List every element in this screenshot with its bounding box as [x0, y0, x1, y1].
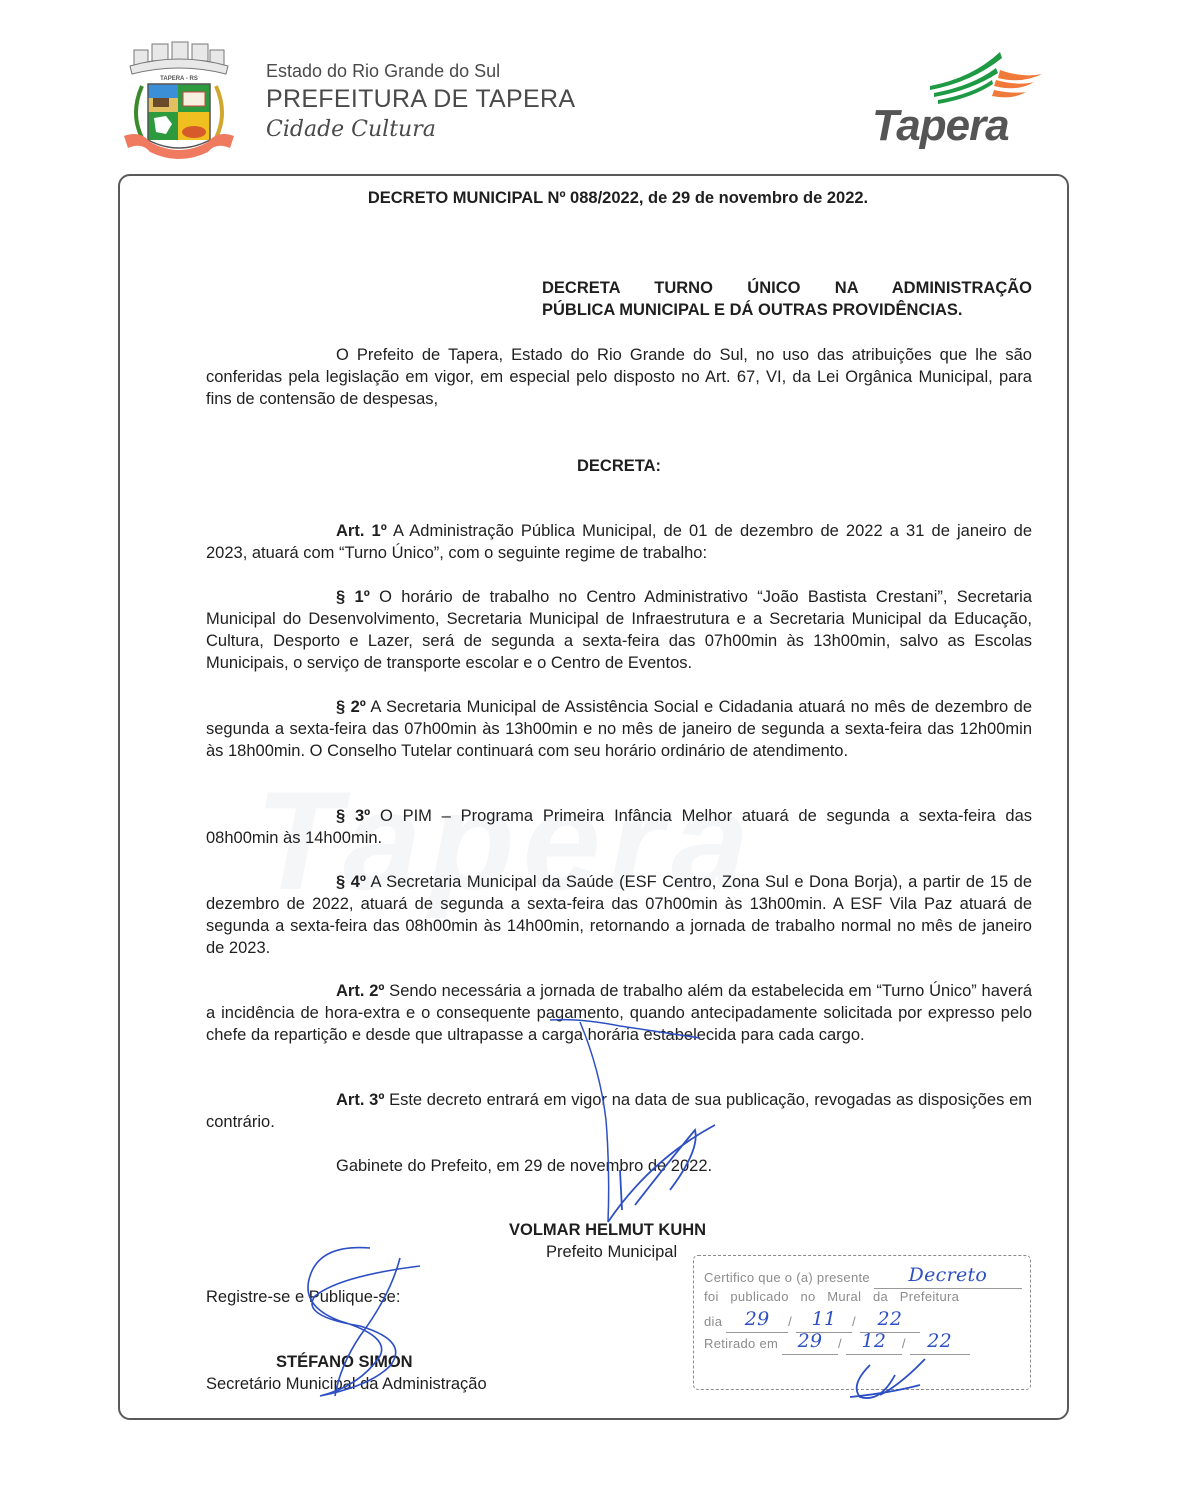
decreta-heading: DECRETA:	[206, 455, 1032, 477]
publication-stamp: Certifico que o (a) presente Decreto foi…	[693, 1255, 1031, 1390]
letterhead: TAPERA - RS Estado do Rio Grande do Sul …	[0, 0, 1188, 170]
register-publish: Registre-se e Publique-se:	[206, 1286, 400, 1308]
decree-title: DECRETO MUNICIPAL Nº 088/2022, de 29 de …	[118, 189, 1118, 208]
letterhead-text: Estado do Rio Grande do Sul PREFEITURA D…	[266, 60, 575, 144]
removed-day: 29	[798, 1330, 823, 1352]
prefecture-name: PREFEITURA DE TAPERA	[266, 84, 575, 114]
article-2-text: Sendo necessária a jornada de trabalho a…	[206, 982, 1032, 1044]
article-3-label: Art. 3º	[336, 1091, 384, 1109]
mayor-name: VOLMAR HELMUT KUHN	[509, 1219, 706, 1241]
secretary-name: STÉFANO SIMON	[276, 1351, 413, 1373]
paragraph-1-label: § 1º	[336, 588, 370, 606]
stamp-row-1: Certifico que o (a) presente Decreto	[704, 1264, 1024, 1286]
closing-text: Gabinete do Prefeito, em 29 de novembro …	[206, 1155, 1032, 1177]
stamp-row-2: foi publicado no Mural da Prefeitura	[704, 1286, 1024, 1308]
stamp-row-3: dia 29/ 11/ 22	[704, 1308, 1024, 1330]
closing: Gabinete do Prefeito, em 29 de novembro …	[206, 1155, 1032, 1177]
article-2: Art. 2º Sendo necessária a jornada de tr…	[206, 980, 1032, 1046]
brand-wordmark: Tapera	[872, 104, 1009, 148]
preamble-text: O Prefeito de Tapera, Estado do Rio Gran…	[206, 344, 1032, 410]
article-3-text: Este decreto entrará em vigor na data de…	[206, 1091, 1032, 1131]
coat-of-arms-icon: TAPERA - RS	[120, 38, 238, 160]
paragraph-4: § 4º A Secretaria Municipal da Saúde (ES…	[206, 871, 1032, 959]
article-1-label: Art. 1º	[336, 522, 387, 540]
removed-year: 22	[927, 1330, 952, 1352]
published-day: 29	[745, 1308, 770, 1330]
published-month: 11	[812, 1308, 837, 1330]
paragraph-1-text: O horário de trabalho no Centro Administ…	[206, 588, 1032, 672]
paragraph-3-text: O PIM – Programa Primeira Infância Melho…	[206, 807, 1032, 847]
svg-text:TAPERA - RS: TAPERA - RS	[160, 76, 198, 82]
paragraph-4-label: § 4º	[336, 873, 366, 891]
stamp-row-4: Retirado em 29/ 12/ 22	[704, 1330, 1024, 1352]
summary-line-2: PÚBLICA MUNICIPAL E DÁ OUTRAS PROVIDÊNCI…	[542, 299, 1032, 321]
brand-swoosh-icon	[872, 48, 1044, 108]
tapera-brand-logo: Tapera	[872, 48, 1044, 148]
paragraph-3: § 3º O PIM – Programa Primeira Infância …	[206, 805, 1032, 849]
paragraph-1: § 1º O horário de trabalho no Centro Adm…	[206, 586, 1032, 674]
secretary-role: Secretário Municipal da Administração	[206, 1373, 487, 1395]
summary-line-1: DECRETA TURNO ÚNICO NA ADMINISTRAÇÃO	[542, 277, 1032, 299]
city-motto: Cidade Cultura	[266, 116, 575, 144]
article-1-text: A Administração Pública Municipal, de 01…	[206, 522, 1032, 562]
paragraph-2-label: § 2º	[336, 698, 366, 716]
article-3: Art. 3º Este decreto entrará em vigor na…	[206, 1089, 1032, 1133]
paragraph-4-text: A Secretaria Municipal da Saúde (ESF Cen…	[206, 873, 1032, 957]
stamp-document-type: Decreto	[909, 1264, 988, 1286]
removed-month: 12	[861, 1330, 886, 1352]
article-2-label: Art. 2º	[336, 982, 384, 1000]
paragraph-3-label: § 3º	[336, 807, 370, 825]
paragraph-2-text: A Secretaria Municipal de Assistência So…	[206, 698, 1032, 760]
paragraph-2: § 2º A Secretaria Municipal de Assistênc…	[206, 696, 1032, 762]
state-name: Estado do Rio Grande do Sul	[266, 60, 575, 82]
decree-summary: DECRETA TURNO ÚNICO NA ADMINISTRAÇÃO PÚB…	[542, 277, 1032, 321]
article-1: Art. 1º A Administração Pública Municipa…	[206, 520, 1032, 564]
published-year: 22	[877, 1308, 902, 1330]
preamble: O Prefeito de Tapera, Estado do Rio Gran…	[206, 344, 1032, 410]
mayor-role: Prefeito Municipal	[546, 1241, 677, 1263]
